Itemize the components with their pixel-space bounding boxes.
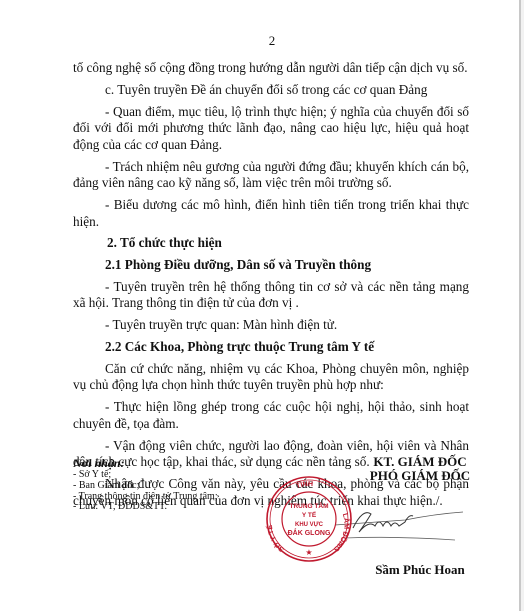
paragraph: c. Tuyên truyền Đề án chuyển đổi số tron… bbox=[73, 82, 469, 99]
paragraph: - Trách nhiệm nêu gương của người đứng đ… bbox=[73, 159, 469, 192]
paragraph: Căn cứ chức năng, nhiệm vụ các Khoa, Phò… bbox=[73, 361, 469, 394]
recipient-item: - Ban Giám đốc; bbox=[73, 481, 218, 492]
recipients-block: Nơi nhận: - Sở Y tế; - Ban Giám đốc; - T… bbox=[73, 457, 218, 513]
svg-text:SỞ Y TẾ: SỞ Y TẾ bbox=[264, 524, 286, 552]
signature-title-line1: KT. GIÁM ĐỐC bbox=[320, 455, 520, 469]
recipient-item: - Lưu: VT, ĐDDS&TT. bbox=[73, 502, 218, 513]
document-body: tố công nghệ số cộng đồng trong hướng dẫ… bbox=[73, 60, 469, 514]
paragraph: - Thực hiện lồng ghép trong các cuộc hội… bbox=[73, 399, 469, 432]
stamp-text: KHU VỰC bbox=[295, 522, 324, 528]
paragraph: - Tuyên truyền trực quan: Màn hình điện … bbox=[73, 317, 469, 334]
paragraph: - Biểu dương các mô hình, điển hình tiên… bbox=[73, 197, 469, 230]
stamp-text: Y TẾ bbox=[302, 509, 317, 519]
paragraph: - Tuyên truyền trên hệ thống thông tin c… bbox=[73, 279, 469, 312]
section-heading: 2. Tổ chức thực hiện bbox=[73, 235, 469, 252]
signer-name: Sầm Phúc Hoan bbox=[320, 562, 520, 578]
stamp-text: TRUNG TÂM bbox=[290, 501, 329, 510]
subsection-heading: 2.2 Các Khoa, Phòng trực thuộc Trung tâm… bbox=[73, 339, 469, 356]
paragraph: - Quan điểm, mục tiêu, lộ trình thực hiệ… bbox=[73, 104, 469, 154]
paragraph: tố công nghệ số cộng đồng trong hướng dẫ… bbox=[73, 60, 469, 77]
stamp-text: ĐẮK GLONG bbox=[288, 528, 331, 537]
star-icon: ★ bbox=[305, 548, 312, 557]
svg-text:LÂM ĐỒNG: LÂM ĐỒNG bbox=[331, 513, 351, 553]
page-number: 2 bbox=[0, 33, 524, 49]
subsection-heading: 2.1 Phòng Điều dưỡng, Dân số và Truyền t… bbox=[73, 257, 469, 274]
handwritten-signature bbox=[335, 500, 465, 545]
official-stamp-icon: TỈNH SỞ Y TẾ LÂM ĐỒNG TRUNG TÂM Y TẾ KHU… bbox=[264, 474, 354, 564]
